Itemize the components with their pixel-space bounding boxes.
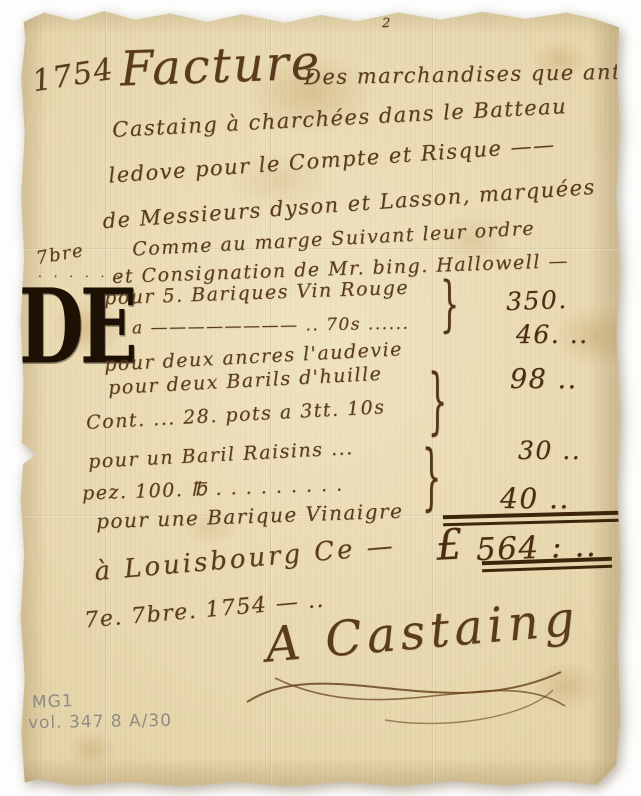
archive-ref-line-1: MG1 [32, 691, 74, 712]
item-4-desc2: pez. 100. ℔ . . . . . . . . . [82, 473, 344, 504]
title-rest: Des marchandises que ant. —— [304, 59, 641, 90]
item-5-amount: 40 .. [500, 482, 570, 515]
signature-flourish [235, 660, 575, 730]
item-1-amount: 350. [506, 285, 569, 316]
title-word: Facture [119, 35, 322, 98]
grouping-brace: } [440, 270, 461, 340]
scanned-document-page: 1754 2 Facture Des marchandises que ant.… [0, 0, 641, 796]
grouping-brace: } [428, 360, 449, 444]
item-3-desc2: Cont. ... 28. pots a 3tt. 10s [86, 396, 386, 434]
year-annotation: 1754 [30, 52, 117, 99]
page-number: 2 [382, 16, 392, 31]
header-line-3: ledove pour le Compte et Risque —— [108, 132, 556, 187]
place-line: à Louisbourg Ce — [93, 531, 396, 587]
header-line-2: Castaing à charchées dans le Batteau [112, 94, 568, 142]
item-5-desc: pour une Barique Vinaigre [96, 499, 404, 534]
total-rule-top [443, 511, 619, 527]
fold-crease [105, 8, 107, 788]
item-1-desc2: a ———————— .. 70s ...... [132, 314, 410, 339]
item-2-amount: 46. .. [516, 320, 589, 349]
archive-ref-line-2: vol. 347 8 A/30 [28, 711, 172, 734]
margin-month: 7bre [35, 240, 86, 269]
grouping-brace: } [422, 436, 443, 520]
item-3-amount: 98 .. [510, 364, 578, 395]
paper-shadow-wrap: 1754 2 Facture Des marchandises que ant.… [20, 8, 621, 788]
item-4-desc: pour un Baril Raisins ... [88, 437, 354, 473]
item-4-amount: 30 .. [518, 436, 581, 465]
manuscript-paper: 1754 2 Facture Des marchandises que ant.… [20, 8, 621, 788]
total-currency: £ [435, 519, 466, 569]
